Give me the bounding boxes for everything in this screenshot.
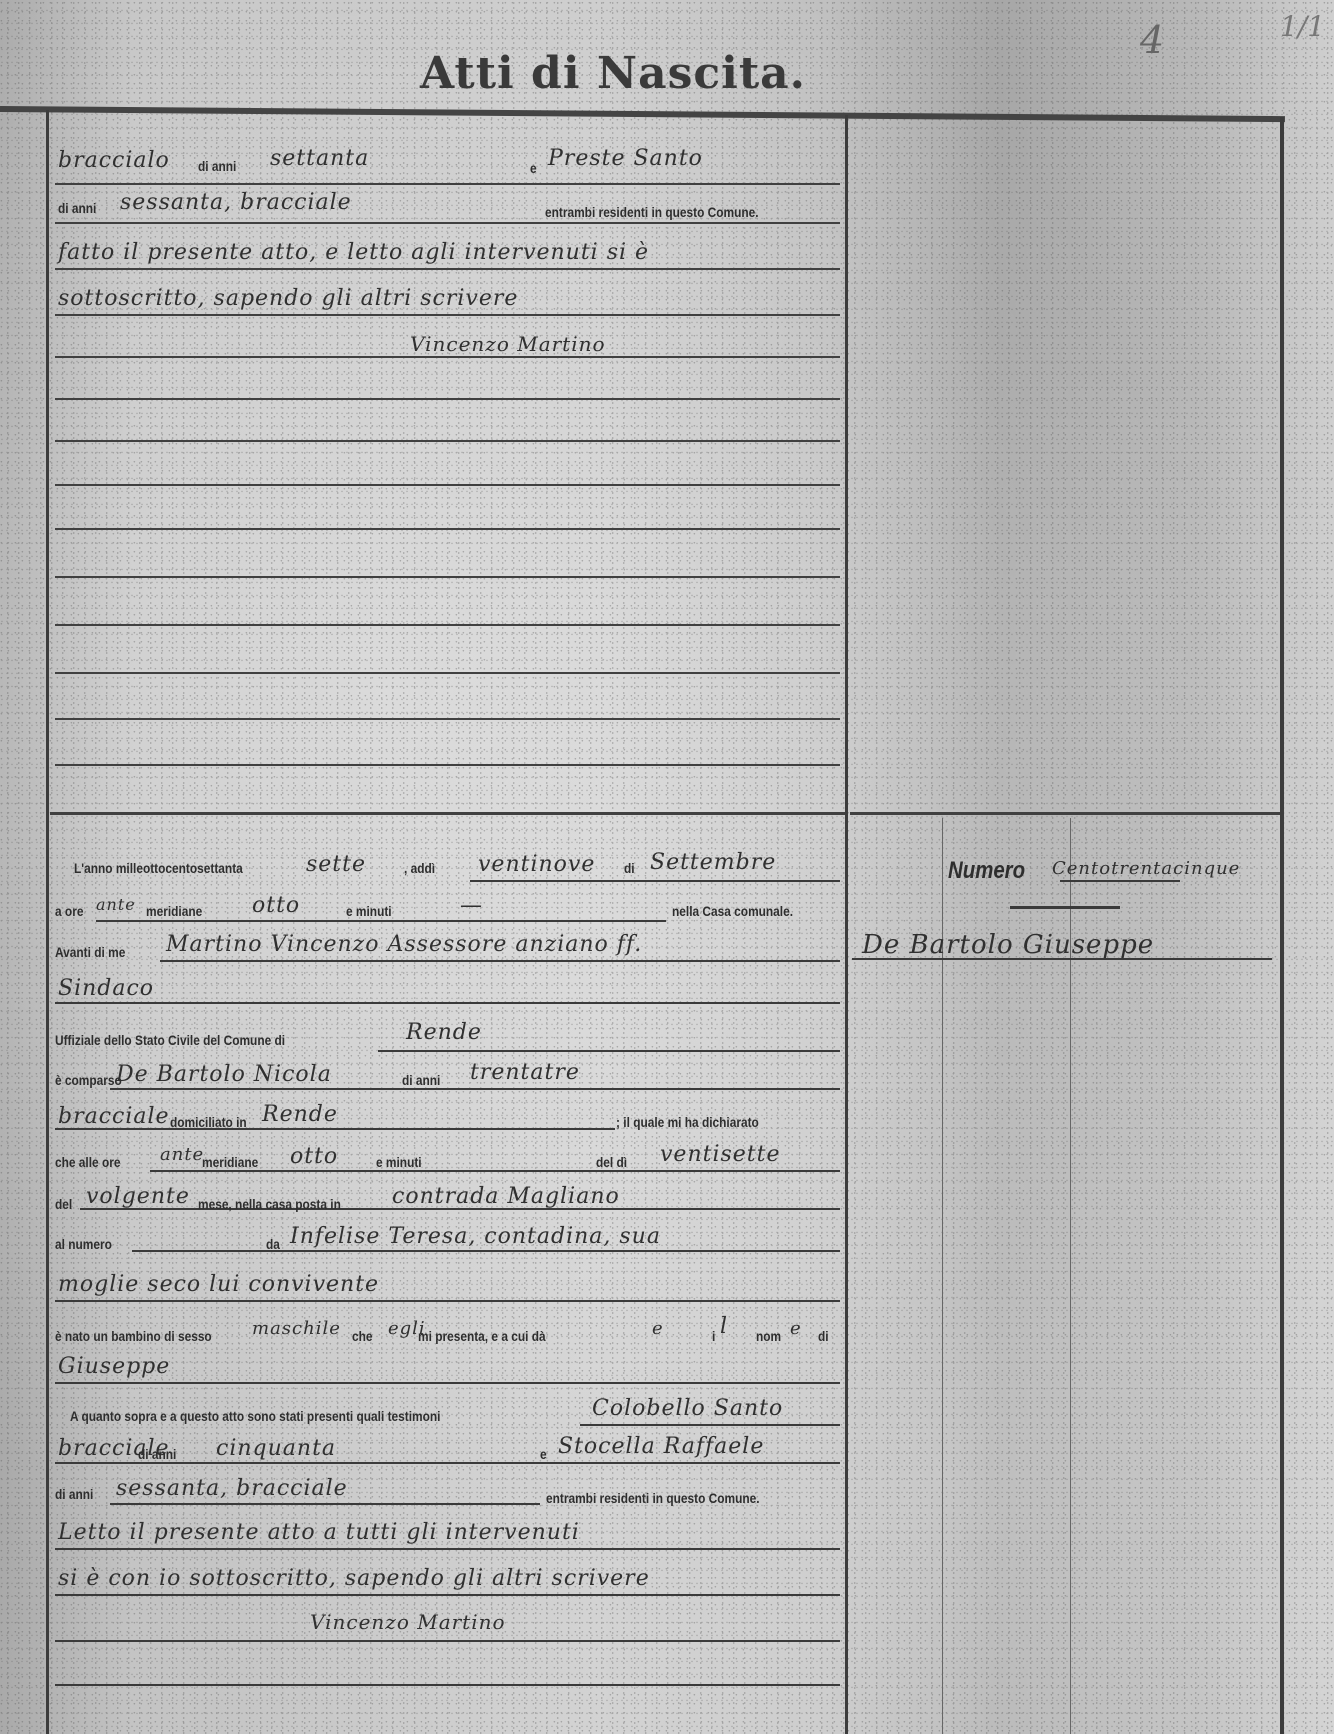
label-del: del — [55, 1196, 72, 1212]
underline — [1060, 880, 1180, 882]
hw-age: sessanta, bracciale — [120, 190, 352, 215]
label-ufficiale: Uffiziale dello Stato Civile del Comune … — [55, 1032, 285, 1048]
label-del-di: del dì — [596, 1154, 627, 1170]
hw-closing-line: sottoscritto, sapendo gli altri scrivere — [58, 286, 518, 311]
hw-margin-child-name: De Bartolo Giuseppe — [862, 930, 1154, 960]
underline — [132, 1250, 840, 1252]
numero-label: Numero — [948, 857, 1025, 885]
label-da: da — [266, 1236, 280, 1252]
label-minuti: e minuti — [376, 1154, 422, 1170]
page-number-annotation: 4 — [1140, 18, 1164, 62]
act-separator — [50, 812, 845, 815]
ruled-line — [55, 440, 840, 442]
hw-occupation: braccialo — [58, 148, 170, 173]
label-e: e — [540, 1446, 547, 1462]
right-border — [1280, 117, 1284, 1734]
label-anno: L'anno milleottocentosettanta — [74, 860, 243, 876]
ruled-line — [55, 268, 840, 270]
label-nom: nom — [756, 1328, 781, 1344]
label-di-anni: di anni — [58, 200, 96, 216]
hw-witness2: Stocella Raffaele — [558, 1434, 764, 1459]
underline — [110, 1503, 540, 1505]
underline — [852, 958, 1272, 960]
hw-witness2-age: sessanta, bracciale — [116, 1476, 348, 1501]
underline — [378, 1050, 840, 1052]
ruled-line — [55, 528, 840, 530]
hw-closing-line: fatto il presente atto, e letto agli int… — [58, 240, 649, 265]
underline — [1010, 906, 1120, 909]
officer-signature: Vincenzo Martino — [410, 332, 606, 356]
label-al-numero: al numero — [55, 1236, 112, 1252]
margin-separator — [850, 812, 1280, 815]
hw-hour: otto — [290, 1144, 338, 1169]
hw-l: l — [720, 1314, 728, 1339]
hw-minutes: — — [460, 893, 483, 918]
hw-day: ventinove — [478, 852, 595, 877]
ruled-line — [55, 183, 840, 185]
underline — [470, 880, 840, 882]
label-meridiane: meridiane — [146, 903, 202, 919]
underline — [55, 1002, 840, 1004]
hw-declarant: De Bartolo Nicola — [116, 1062, 332, 1087]
hw-e: e — [790, 1318, 802, 1339]
label-testimoni: A quanto sopra e a questo atto sono stat… — [70, 1408, 440, 1424]
underline — [55, 1548, 840, 1550]
hw-sex: maschile — [252, 1318, 341, 1339]
hw-year: sette — [306, 852, 366, 877]
ruled-line — [55, 398, 840, 400]
underline — [55, 1382, 840, 1384]
underline — [55, 1462, 840, 1464]
label-minuti: e minuti — [346, 903, 392, 919]
hw-age: trentatre — [470, 1060, 580, 1085]
hw-witness1-age: cinquanta — [216, 1436, 336, 1461]
hw-month: volgente — [86, 1184, 190, 1209]
label-e: e — [530, 160, 537, 176]
label-di-anni: di anni — [138, 1446, 176, 1462]
underline — [580, 1424, 840, 1426]
label-di-anni: di anni — [198, 158, 236, 174]
label-di: di — [624, 860, 635, 876]
ruled-line — [55, 484, 840, 486]
hw-ante: ante — [96, 895, 136, 914]
officer-signature: Vincenzo Martino — [310, 1610, 506, 1634]
hw-hour: otto — [252, 893, 300, 918]
label-alle-ore: che alle ore — [55, 1154, 120, 1170]
ruled-line — [55, 356, 840, 358]
hw-occupation: bracciale — [58, 1104, 170, 1129]
label-meridiane: meridiane — [202, 1154, 258, 1170]
hw-witness1: Colobello Santo — [592, 1396, 783, 1421]
label-casa-posta: mese, nella casa posta in — [198, 1196, 341, 1212]
hw-closing-line: Letto il presente atto a tutti gli inter… — [58, 1520, 580, 1545]
underline — [55, 1640, 840, 1642]
corner-annotation: 1/1 — [1280, 10, 1325, 43]
hw-closing-line: si è con io sottoscritto, sapendo gli al… — [58, 1566, 650, 1591]
underline — [55, 1594, 840, 1596]
underline — [55, 1300, 840, 1302]
ruled-line — [55, 718, 840, 720]
label-di-anni: di anni — [402, 1072, 440, 1088]
left-border — [46, 110, 49, 1734]
hw-birth-day: ventisette — [660, 1142, 781, 1167]
hw-sindaco: Sindaco — [58, 976, 154, 1001]
hw-mother-line2: moglie seco lui convivente — [58, 1272, 379, 1297]
label-casa-comunale: nella Casa comunale. — [672, 903, 793, 919]
label-a-ore: a ore — [55, 903, 83, 919]
ruled-line — [55, 222, 840, 224]
label-di: di — [818, 1328, 829, 1344]
ruled-line — [55, 624, 840, 626]
hw-age: settanta — [270, 146, 369, 171]
underline — [110, 1088, 840, 1090]
ruled-line — [55, 576, 840, 578]
underline — [150, 1170, 840, 1172]
label-comparso: è comparso — [55, 1072, 122, 1088]
ruled-line — [55, 764, 840, 766]
label-addi: , addì — [404, 860, 435, 876]
hw-residence: Rende — [262, 1102, 338, 1127]
ruled-line — [55, 314, 840, 316]
hw-mother: Infelise Teresa, contadina, sua — [290, 1224, 661, 1249]
hw-month: Settembre — [650, 850, 776, 875]
hw-comune: Rende — [406, 1020, 482, 1045]
label-che: che — [352, 1328, 373, 1344]
label-presenta: mi presenta, e a cui dà — [418, 1328, 546, 1344]
label-domiciliato: domiciliato in — [170, 1114, 247, 1130]
hw-child-name: Giuseppe — [58, 1354, 170, 1379]
hw-da: e — [652, 1318, 664, 1339]
hw-witness: Preste Santo — [548, 146, 703, 171]
hw-officer: Martino Vincenzo Assessore anziano ff. — [166, 932, 642, 957]
underline — [96, 920, 666, 922]
ruled-line — [55, 672, 840, 674]
label-residenti: entrambi residenti in questo Comune. — [545, 204, 759, 220]
hw-act-number: Centotrentacinque — [1052, 858, 1240, 879]
label-quale-dichiarato: ; il quale mi ha dichiarato — [616, 1114, 759, 1130]
underline — [55, 1684, 840, 1686]
page-title: Atti di Nascita. — [420, 48, 806, 99]
label-i: i — [712, 1328, 715, 1344]
label-nato-bambino: è nato un bambino di sesso — [55, 1328, 212, 1344]
hw-ante: ante — [160, 1144, 204, 1165]
label-residenti: entrambi residenti in questo Comune. — [546, 1490, 760, 1506]
column-divider — [845, 115, 848, 1734]
label-di-anni: di anni — [55, 1486, 93, 1502]
label-avanti: Avanti di me — [55, 944, 125, 960]
hw-birth-place: contrada Magliano — [392, 1184, 620, 1209]
underline — [160, 960, 840, 962]
